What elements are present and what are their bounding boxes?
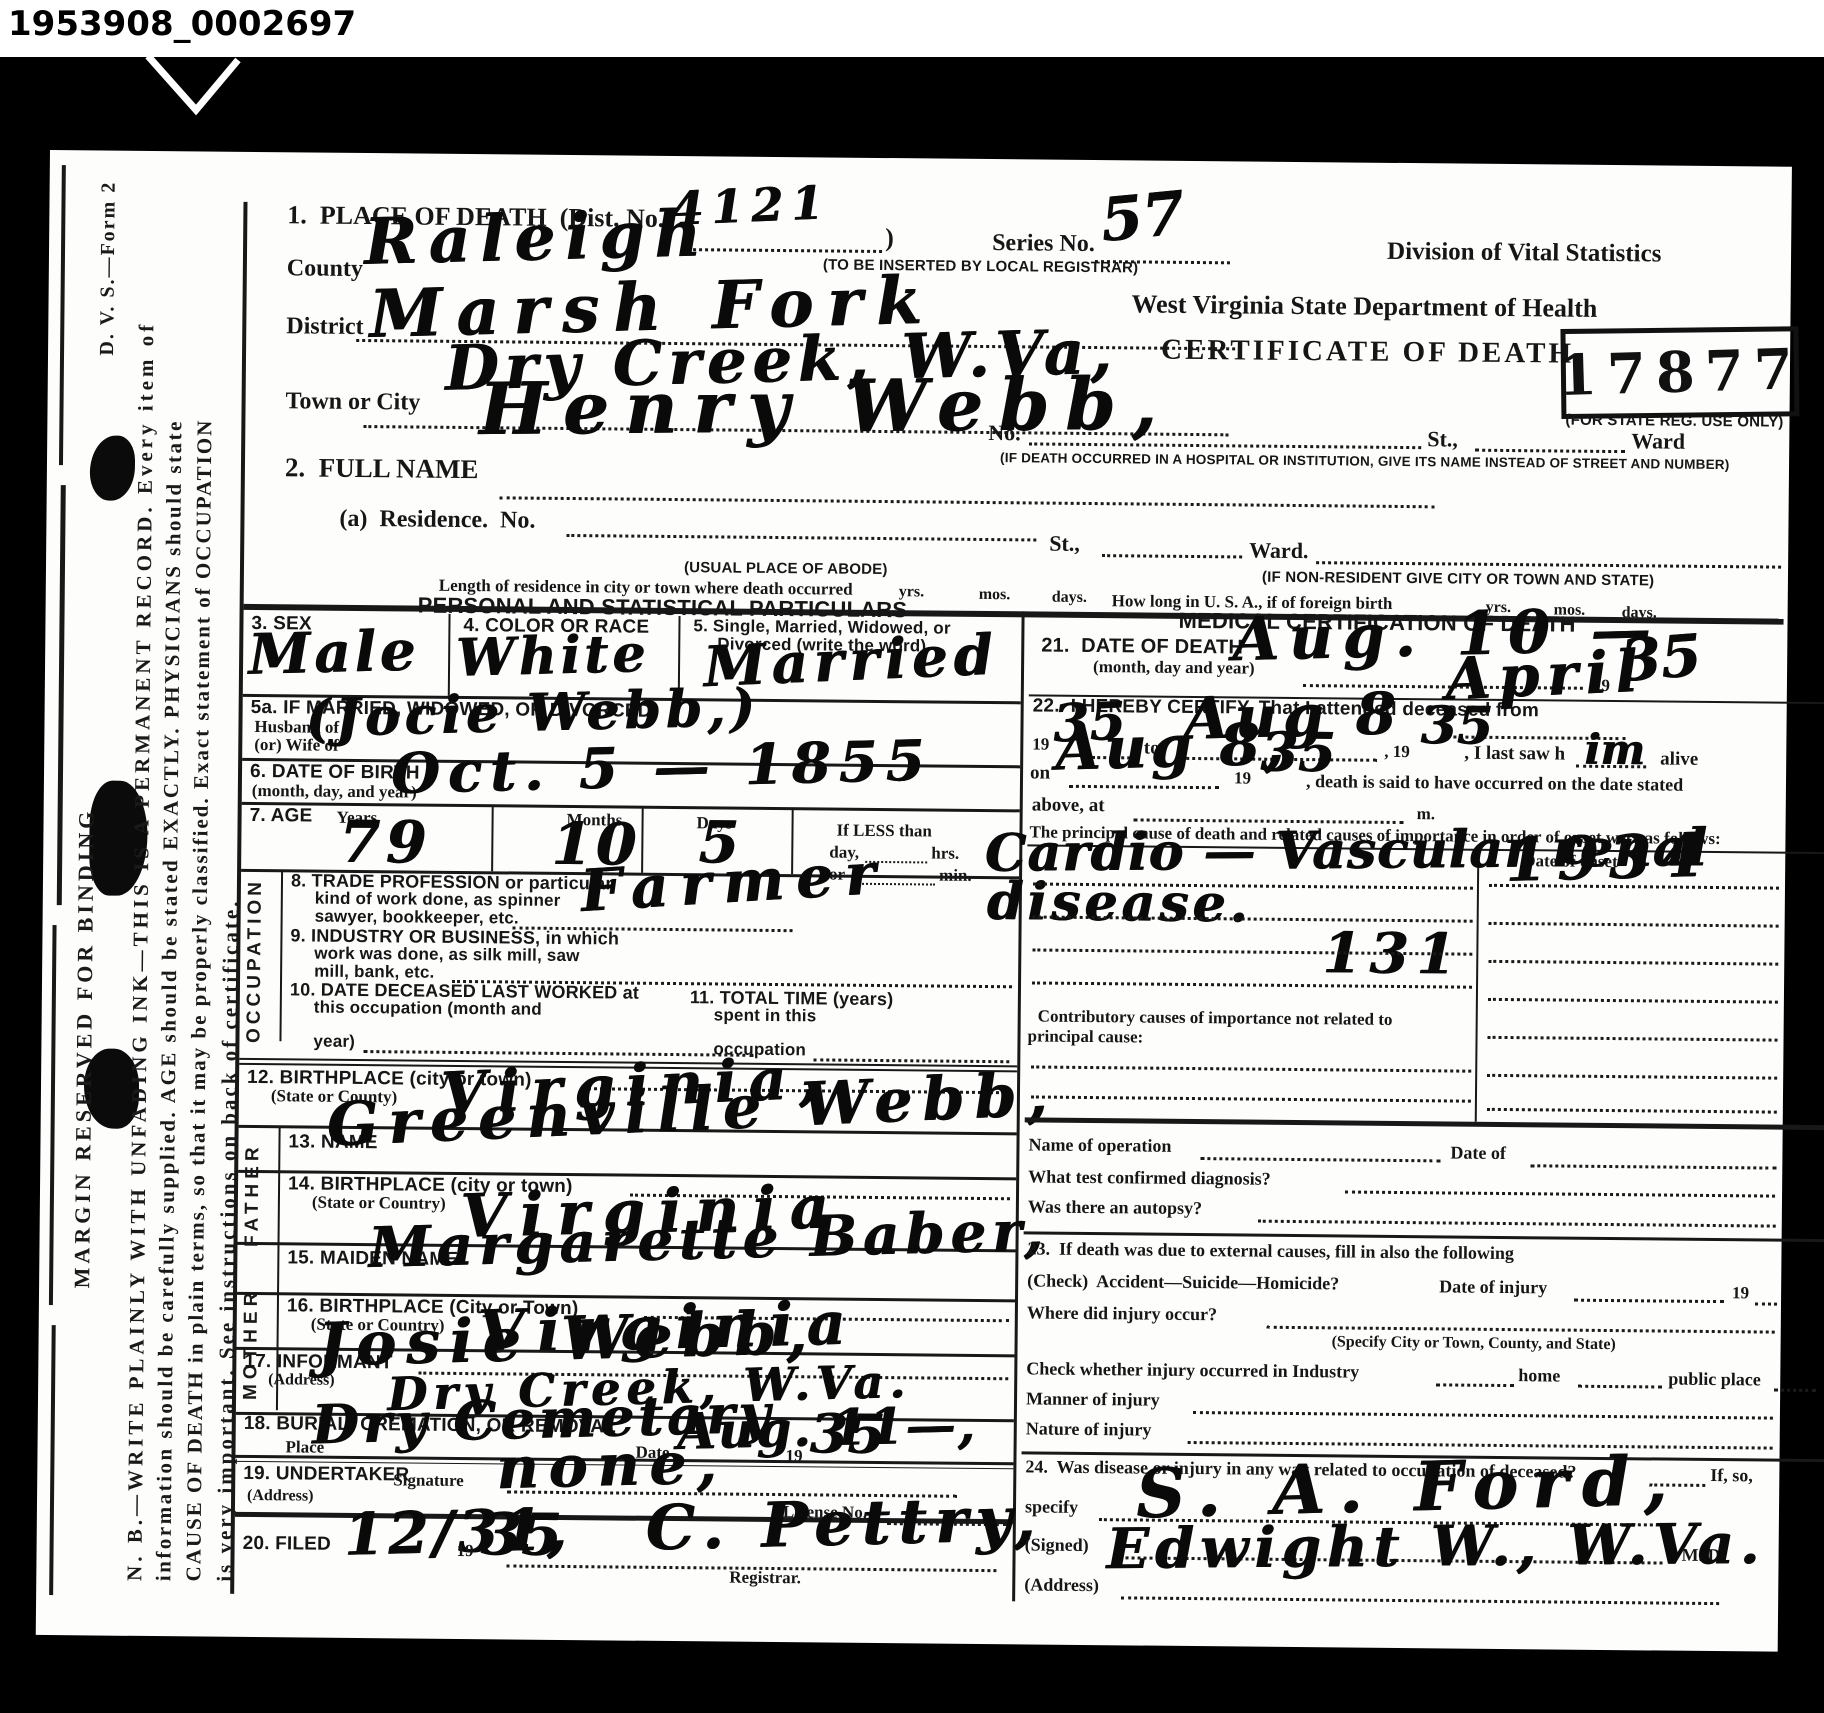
st2-label: St.,: [1049, 532, 1080, 555]
blank-line: [1475, 449, 1625, 453]
abode-note: (USUAL PLACE OF ABODE): [684, 560, 888, 578]
operation-label: Name of operation: [1028, 1135, 1171, 1155]
injury-19-label: 19: [1732, 1284, 1749, 1302]
mos-label: mos.: [979, 587, 1011, 604]
dod-sub-label: (month, day and year): [1093, 658, 1255, 677]
contrib-label-1: Contributory causes of importance not re…: [1038, 1008, 1393, 1029]
death-stated-label: , death is said to have occurred on the …: [1306, 772, 1683, 795]
torn-edge-mark: [49, 925, 57, 1305]
registrar-value: C. Pettry,: [645, 1482, 1044, 1565]
blank-line: [1031, 1065, 1471, 1072]
blank-line: [1774, 1389, 1816, 1392]
blank-line: [500, 496, 1435, 508]
manner-label: Manner of injury: [1026, 1389, 1160, 1409]
sex-value: Male: [247, 618, 420, 688]
residence-label: (a) Residence. No.: [339, 507, 535, 534]
blank-line: [1316, 561, 1781, 568]
age-years-value: 79: [339, 808, 432, 877]
certificate-paper: D. V. S.—Form 2 MARGIN RESERVED FOR BIND…: [36, 150, 1792, 1652]
ifso-label: If, so,: [1710, 1466, 1753, 1485]
blank-line: [1436, 1383, 1514, 1387]
check-label: (Check) Accident—Suicide—Homicide?: [1027, 1271, 1339, 1293]
margin-binding-note: MARGIN RESERVED FOR BINDING: [69, 848, 99, 1288]
occupation-side-label: OCCUPATION: [243, 875, 267, 1043]
cert-19b-label: , 19: [1384, 743, 1410, 761]
father-side-label: FATHER: [241, 1129, 264, 1247]
lastworked-label-2: this occupation (month and: [314, 999, 542, 1019]
torn-edge-mark: [49, 1325, 56, 1595]
series-no-label: Series No.: [992, 231, 1095, 257]
signed-label: (Signed): [1025, 1535, 1089, 1555]
blank-line: [1755, 1302, 1777, 1305]
home-label: home: [1518, 1366, 1560, 1385]
mother-side-label: MOTHER: [240, 1250, 263, 1400]
check-whether-label: Check whether injury occurred in Industr…: [1026, 1359, 1359, 1381]
ifless-label: If LESS than: [836, 822, 932, 841]
blank-line: [566, 534, 1036, 542]
dateof-label: Date of: [1450, 1143, 1506, 1162]
blank-line: [1121, 1596, 1719, 1605]
filed-19-label: 19: [456, 1542, 473, 1560]
nature-label: Nature of injury: [1026, 1419, 1152, 1439]
lastsaw-label: , I last saw h: [1464, 744, 1565, 765]
alive-label: alive: [1660, 749, 1698, 769]
county-label: County: [287, 256, 363, 282]
test-label: What test confirmed diagnosis?: [1028, 1167, 1271, 1188]
blank-line: [1258, 1220, 1776, 1228]
filed-label: 20. FILED: [243, 1534, 332, 1555]
father-bp-sub: (State or Country): [312, 1194, 446, 1213]
fullname-value: Henry Webb,: [478, 361, 1172, 451]
injury-date-label: Date of injury: [1439, 1277, 1547, 1297]
department-title: West Virginia State Department of Health: [1131, 290, 1597, 322]
side-bracket: [279, 871, 283, 1041]
division-title: Division of Vital Statistics: [1387, 239, 1662, 268]
blank-line: [1488, 960, 1778, 966]
close-paren: ): [885, 224, 894, 251]
cert-19c-label: 19: [1234, 769, 1251, 787]
blank-line: [687, 248, 882, 253]
dob-value: Oct. 5 — 1855: [390, 728, 933, 808]
registration-stamp: 17877: [1560, 326, 1799, 419]
nonresident-note: (IF NON-RESIDENT GIVE CITY OR TOWN AND S…: [1262, 570, 1654, 590]
above-at-label: above, at: [1032, 795, 1105, 816]
dod-label: 21. DATE OF DEATH: [1041, 636, 1243, 659]
totaltime-label-2: spent in this: [714, 1006, 817, 1025]
blank-line: [1530, 1164, 1776, 1169]
blank-line: [1489, 922, 1779, 928]
ink-blot: [90, 435, 136, 500]
scanned-death-certificate: 1953908_0002697 D. V. S.—Form 2 MARGIN R…: [0, 0, 1824, 1713]
specify-city-label: (Specify City or Town, County, and State…: [1332, 1334, 1616, 1354]
where-label: Where did injury occur?: [1027, 1303, 1217, 1324]
lastworked-label-3: year): [313, 1033, 355, 1051]
cause-line2-value: disease.: [987, 871, 1252, 935]
blank-line: [1069, 785, 1219, 789]
certificate-title: CERTIFICATE OF DEATH: [1161, 335, 1574, 369]
external-label: 23. If death was due to external causes,…: [1027, 1239, 1514, 1263]
trade-label-3: sawyer, bookkeeper, etc.: [315, 908, 519, 928]
burial-year-value: 35: [809, 1401, 885, 1466]
torn-edge-mark: [59, 165, 66, 465]
undertaker-address-label: (Address): [247, 1488, 314, 1505]
blank-line: [1488, 998, 1778, 1004]
on-label: on: [1030, 763, 1050, 783]
blank-line: [1578, 1385, 1662, 1389]
lastsaw-date-value: Aug 8,: [1054, 710, 1288, 784]
filed-year-value: 35: [480, 1500, 561, 1569]
industry-label-3: mill, bank, etc.: [314, 963, 435, 982]
cert-19a-label: 19: [1032, 735, 1049, 753]
blank-line: [1487, 1074, 1777, 1080]
hrs-label: hrs.: [931, 844, 959, 862]
onset-divider: [1475, 849, 1480, 1122]
race-value: White: [455, 623, 650, 689]
fullname-label: 2. FULL NAME: [285, 453, 479, 483]
torn-edge-mark: [57, 485, 66, 905]
heavy-line: [1025, 1117, 1824, 1130]
signature-label: Signature: [393, 1471, 464, 1490]
blank-line: [1267, 1326, 1775, 1334]
cell-divider: [448, 614, 451, 696]
st-label: St.,: [1427, 427, 1458, 450]
blank-line: [1193, 1411, 1773, 1420]
days-label: days.: [1052, 590, 1087, 607]
side-bracket: [277, 1127, 280, 1248]
blank-line: [1574, 1299, 1724, 1303]
blank-line: [1102, 554, 1242, 558]
town-label: Town or City: [285, 389, 420, 415]
cell-divider: [491, 806, 494, 871]
undertaker-label: 19. UNDERTAKER: [243, 1464, 409, 1486]
scan-notch-mark: [0, 0, 400, 140]
address-label: (Address): [1024, 1575, 1099, 1595]
registrar-label: Registrar.: [729, 1569, 801, 1588]
blank-line: [1031, 1095, 1471, 1102]
address-value: Edwight W., W.Va.: [1106, 1511, 1765, 1582]
series-no-value: 57: [1097, 179, 1187, 257]
ward2-label: Ward.: [1249, 539, 1309, 563]
public-place-label: public place: [1668, 1370, 1761, 1390]
age-label: 7. AGE: [250, 806, 313, 827]
blank-line: [1345, 1190, 1775, 1197]
ward-label: Ward: [1631, 429, 1685, 453]
specify-label: specify: [1025, 1497, 1078, 1516]
autopsy-label: Was there an autopsy?: [1028, 1197, 1202, 1218]
registration-number: 17877: [1557, 336, 1804, 409]
blank-line: [1200, 1157, 1440, 1162]
hospital-note: (IF DEATH OCCURRED IN A HOSPITAL OR INST…: [1000, 451, 1730, 472]
margin-form-number: D. V. S.—Form 2: [96, 180, 121, 355]
district-label: District: [286, 314, 364, 340]
contrib-label-2: principal cause:: [1027, 1027, 1143, 1046]
blank-line: [1487, 1108, 1777, 1114]
blank-line: [1488, 1036, 1778, 1042]
